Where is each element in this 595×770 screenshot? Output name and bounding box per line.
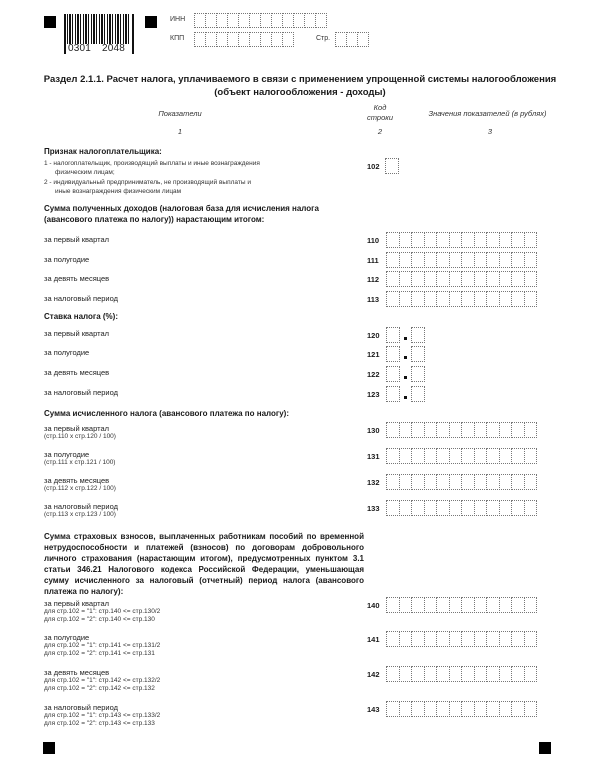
value-field-132[interactable] [386,474,536,490]
income-heading: Сумма полученных доходов (налоговая база… [44,203,319,225]
column-number-1: 1 [140,127,220,136]
input-cell[interactable] [449,597,463,613]
input-cell[interactable] [399,701,413,717]
input-cell[interactable] [499,666,513,682]
input-cell[interactable] [499,631,513,647]
decimal-point [404,396,407,399]
input-cell[interactable] [511,232,525,248]
input-cell[interactable] [524,271,538,287]
row-code-112: 112 [367,275,387,284]
input-cell[interactable] [461,500,475,516]
input-cell[interactable] [386,271,400,287]
input-cell[interactable] [499,271,513,287]
input-cell[interactable] [424,666,438,682]
input-cell[interactable] [511,422,525,438]
row-label: за полугодие [44,450,115,459]
barcode-number-right: 2048 [102,43,125,54]
value-field-140[interactable] [386,597,536,613]
income-row-label: за девять месяцев [44,274,109,283]
input-cell[interactable] [511,448,525,464]
row-code-120: 120 [367,331,387,340]
input-cell[interactable] [486,232,500,248]
input-cell[interactable] [436,474,450,490]
input-cell[interactable] [474,448,488,464]
input-cell[interactable] [399,666,413,682]
input-cell[interactable] [411,448,425,464]
input-cell[interactable] [386,701,400,717]
input-cell[interactable] [474,474,488,490]
input-cell[interactable] [436,666,450,682]
input-cell[interactable] [385,158,399,174]
input-cell[interactable] [486,631,500,647]
input-cell[interactable] [399,271,413,287]
row-code-111: 111 [367,256,387,265]
input-cell[interactable] [436,631,450,647]
input-cell[interactable] [499,448,513,464]
input-cell[interactable] [524,232,538,248]
input-cell[interactable] [449,631,463,647]
input-cell[interactable] [411,597,425,613]
input-cell[interactable] [411,500,425,516]
input-cell[interactable] [411,252,425,268]
input-cell[interactable] [461,232,475,248]
input-cell[interactable] [399,252,413,268]
input-cell[interactable] [411,291,425,307]
input-cell[interactable] [424,252,438,268]
input-cell[interactable] [411,346,425,362]
input-cell[interactable] [486,271,500,287]
value-field-111[interactable] [386,252,536,268]
rate-integer-field-122[interactable] [386,366,399,382]
input-cell[interactable] [424,500,438,516]
input-cell[interactable] [399,448,413,464]
option-2-text-line1: индивидуальный предприниматель, не произ… [53,179,251,186]
input-cell[interactable] [386,474,400,490]
input-cell[interactable] [424,291,438,307]
input-cell[interactable] [461,252,475,268]
row-code-130: 130 [367,426,387,435]
value-field-143[interactable] [386,701,536,717]
kpp-field[interactable] [194,32,293,47]
input-cell[interactable] [524,422,538,438]
value-field-130[interactable] [386,422,536,438]
row-label: за первый квартал [44,424,116,433]
input-cell[interactable] [386,232,400,248]
row-label: за налоговый период [44,703,160,712]
row-label: за налоговый период [44,502,118,511]
row-code-122: 122 [367,370,387,379]
column-header-indicators: Показатели [120,109,240,118]
input-cell[interactable] [474,666,488,682]
input-cell[interactable] [436,232,450,248]
input-cell[interactable] [461,448,475,464]
income-heading-line2: (авансового платежа по налогу)) нарастаю… [44,215,264,224]
input-cell[interactable] [436,252,450,268]
input-cell[interactable] [411,327,425,343]
input-cell[interactable] [486,597,500,613]
input-cell[interactable] [449,271,463,287]
input-cell[interactable] [449,252,463,268]
input-cell[interactable] [386,346,400,362]
input-cell[interactable] [386,291,400,307]
input-cell[interactable] [424,271,438,287]
input-cell[interactable] [386,597,400,613]
income-heading-line1: Сумма полученных доходов (налоговая база… [44,204,319,213]
input-cell[interactable] [411,666,425,682]
inn-label: ИНН [170,16,185,23]
inn-field[interactable] [194,13,326,28]
input-cell[interactable] [524,666,538,682]
rate-decimal-field-120[interactable] [411,327,424,343]
input-cell[interactable] [386,386,400,402]
input-cell[interactable] [436,422,450,438]
input-cell[interactable] [424,448,438,464]
input-cell[interactable] [511,291,525,307]
insurance-row-label: за первый кварталдля стр.102 = "1": стр.… [44,599,160,624]
input-cell[interactable] [424,631,438,647]
input-cell[interactable] [486,500,500,516]
input-cell[interactable] [486,422,500,438]
row-formula: (стр.113 х стр.123 / 100) [44,511,118,519]
rate-integer-field-123[interactable] [386,386,399,402]
rate-integer-field-120[interactable] [386,327,399,343]
input-cell[interactable] [436,597,450,613]
input-cell[interactable] [511,474,525,490]
row-condition-2: для стр.102 = "2": стр.141 <= стр.131 [44,650,160,658]
input-cell[interactable] [449,232,463,248]
input-cell[interactable] [449,666,463,682]
rate-heading: Ставка налога (%): [44,311,118,322]
input-cell[interactable] [474,232,488,248]
input-cell[interactable] [449,701,463,717]
input-cell[interactable] [511,631,525,647]
input-cell[interactable] [461,291,475,307]
value-field-112[interactable] [386,271,536,287]
input-cell[interactable] [499,422,513,438]
rate-decimal-field-121[interactable] [411,346,424,362]
row-code-123: 123 [367,390,387,399]
calculated-heading: Сумма исчисленного налога (авансового пл… [44,408,289,419]
kpp-label: КПП [170,35,184,42]
input-cell[interactable] [499,291,513,307]
registration-marker-top-mid [145,16,157,28]
row-code-102: 102 [367,162,387,171]
input-cell[interactable] [424,701,438,717]
option-1-text-line2: физическим лицам; [44,169,115,176]
input-cell[interactable] [474,631,488,647]
input-cell[interactable] [499,252,513,268]
input-cell[interactable] [474,291,488,307]
page-label: Стр. [316,35,330,42]
input-cell[interactable] [411,701,425,717]
input-cell[interactable] [486,474,500,490]
input-cell[interactable] [449,422,463,438]
input-cell[interactable] [411,271,425,287]
input-cell[interactable] [486,252,500,268]
column-header-values: Значения показателей (в рублях) [405,109,570,118]
row-code-140: 140 [367,601,387,610]
input-cell[interactable] [461,271,475,287]
input-cell[interactable] [486,701,500,717]
input-cell[interactable] [411,366,425,382]
row-condition-1: для стр.102 = "1": стр.143 <= стр.133/2 [44,712,160,720]
input-cell[interactable] [474,252,488,268]
input-cell[interactable] [524,291,538,307]
option-1-text-line1: налогоплательщик, производящий выплаты и… [53,160,260,167]
input-cell[interactable] [461,422,475,438]
option-2-text-line2: иные вознаграждения физическим лицам [44,188,181,195]
input-cell[interactable] [386,366,400,382]
income-row-label: за налоговый период [44,294,118,303]
row-label: за девять месяцев [44,668,160,677]
option-2-number: 2 - [44,179,52,186]
input-cell[interactable] [499,500,513,516]
input-cell[interactable] [499,701,513,717]
input-cell[interactable] [461,474,475,490]
decimal-point [404,356,407,359]
input-cell[interactable] [399,500,413,516]
input-cell[interactable] [436,271,450,287]
input-cell[interactable] [386,252,400,268]
calculated-row-label: за налоговый период(стр.113 х стр.123 / … [44,502,118,519]
input-cell[interactable] [424,597,438,613]
input-cell[interactable] [511,666,525,682]
input-cell[interactable] [436,701,450,717]
input-cell[interactable] [436,291,450,307]
input-cell[interactable] [474,422,488,438]
input-cell[interactable] [461,631,475,647]
input-cell[interactable] [524,500,538,516]
input-cell[interactable] [399,422,413,438]
value-field-113[interactable] [386,291,536,307]
input-cell[interactable] [499,232,513,248]
income-row-label: за первый квартал [44,235,109,244]
row-formula: (стр.110 х стр.120 / 100) [44,433,116,441]
column-header-code-line2: строки [350,113,410,122]
row-condition-2: для стр.102 = "2": стр.143 <= стр.133 [44,720,160,728]
page-number-field[interactable] [335,32,368,47]
input-cell[interactable] [386,448,400,464]
input-cell[interactable] [411,386,425,402]
column-header-code-line1: Код [350,103,410,112]
input-cell[interactable] [282,32,294,47]
taxpayer-sign-heading: Признак налогоплательщика: [44,146,162,157]
input-cell[interactable] [474,701,488,717]
insurance-row-label: за полугодиедля стр.102 = "1": стр.141 <… [44,633,160,658]
taxpayer-sign-input[interactable] [385,158,398,174]
insurance-row-label: за девять месяцевдля стр.102 = "1": стр.… [44,668,160,693]
input-cell[interactable] [386,631,400,647]
decimal-point [404,337,407,340]
input-cell[interactable] [411,631,425,647]
option-1-number: 1 - [44,160,52,167]
row-code-110: 110 [367,236,387,245]
calculated-row-label: за девять месяцев(стр.112 х стр.122 / 10… [44,476,116,493]
input-cell[interactable] [461,701,475,717]
taxpayer-option-1: 1 - налогоплательщик, производящий выпла… [44,159,260,177]
input-cell[interactable] [474,597,488,613]
registration-marker-bottom-left [43,742,55,754]
input-cell[interactable] [399,291,413,307]
row-condition-1: для стр.102 = "1": стр.142 <= стр.132/2 [44,677,160,685]
barcode-number-left: 0301 [68,43,91,54]
input-cell[interactable] [411,474,425,490]
income-row-label: за полугодие [44,255,89,264]
input-cell[interactable] [486,666,500,682]
input-cell[interactable] [399,474,413,490]
input-cell[interactable] [511,252,525,268]
row-formula: (стр.112 х стр.122 / 100) [44,485,116,493]
input-cell[interactable] [399,232,413,248]
calculated-row-label: за первый квартал(стр.110 х стр.120 / 10… [44,424,116,441]
section-subtitle: (объект налогообложения - доходы) [30,87,570,98]
rate-row-label: за налоговый период [44,388,118,397]
input-cell[interactable] [449,448,463,464]
insurance-heading: Сумма страховых взносов, выплаченных раб… [44,531,364,597]
input-cell[interactable] [524,448,538,464]
column-number-3: 3 [450,127,530,136]
input-cell[interactable] [424,232,438,248]
input-cell[interactable] [436,500,450,516]
row-code-132: 132 [367,478,387,487]
decimal-point [404,376,407,379]
row-label: за полугодие [44,633,160,642]
row-code-142: 142 [367,670,387,679]
input-cell[interactable] [386,500,400,516]
section-title: Раздел 2.1.1. Расчет налога, уплачиваемо… [30,74,570,85]
insurance-row-label: за налоговый периоддля стр.102 = "1": ст… [44,703,160,728]
input-cell[interactable] [315,13,327,28]
input-cell[interactable] [386,327,400,343]
rate-decimal-field-122[interactable] [411,366,424,382]
row-condition-1: для стр.102 = "1": стр.140 <= стр.130/2 [44,608,160,616]
input-cell[interactable] [524,597,538,613]
rate-row-label: за первый квартал [44,329,109,338]
row-label: за девять месяцев [44,476,116,485]
row-condition-2: для стр.102 = "2": стр.142 <= стр.132 [44,685,160,693]
barcode: 0301 2048 [64,14,134,54]
input-cell[interactable] [511,500,525,516]
input-cell[interactable] [486,291,500,307]
input-cell[interactable] [436,448,450,464]
value-field-133[interactable] [386,500,536,516]
input-cell[interactable] [499,474,513,490]
input-cell[interactable] [399,597,413,613]
row-code-143: 143 [367,705,387,714]
input-cell[interactable] [511,701,525,717]
input-cell[interactable] [499,597,513,613]
rate-integer-field-121[interactable] [386,346,399,362]
rate-row-label: за девять месяцев [44,368,109,377]
row-code-131: 131 [367,452,387,461]
registration-marker-bottom-right [539,742,551,754]
row-label: за первый квартал [44,599,160,608]
input-cell[interactable] [524,701,538,717]
row-code-113: 113 [367,295,387,304]
row-code-133: 133 [367,504,387,513]
input-cell[interactable] [424,422,438,438]
input-cell[interactable] [486,448,500,464]
row-condition-1: для стр.102 = "1": стр.141 <= стр.131/2 [44,642,160,650]
input-cell[interactable] [386,422,400,438]
input-cell[interactable] [449,500,463,516]
rate-decimal-field-123[interactable] [411,386,424,402]
input-cell[interactable] [474,271,488,287]
input-cell[interactable] [524,252,538,268]
input-cell[interactable] [511,597,525,613]
value-field-131[interactable] [386,448,536,464]
input-cell[interactable] [449,474,463,490]
calculated-row-label: за полугодие(стр.111 х стр.121 / 100) [44,450,115,467]
input-cell[interactable] [524,474,538,490]
input-cell[interactable] [449,291,463,307]
input-cell[interactable] [474,500,488,516]
input-cell[interactable] [511,271,525,287]
input-cell[interactable] [357,32,369,47]
rate-row-label: за полугодие [44,348,89,357]
input-cell[interactable] [461,597,475,613]
row-formula: (стр.111 х стр.121 / 100) [44,459,115,467]
input-cell[interactable] [524,631,538,647]
input-cell[interactable] [399,631,413,647]
input-cell[interactable] [424,474,438,490]
row-condition-2: для стр.102 = "2": стр.140 <= стр.130 [44,616,160,624]
row-code-121: 121 [367,350,387,359]
registration-marker-top-left [44,16,56,28]
value-field-110[interactable] [386,232,536,248]
input-cell[interactable] [461,666,475,682]
value-field-141[interactable] [386,631,536,647]
input-cell[interactable] [411,422,425,438]
row-code-141: 141 [367,635,387,644]
input-cell[interactable] [411,232,425,248]
taxpayer-option-2: 2 - индивидуальный предприниматель, не п… [44,178,251,196]
input-cell[interactable] [386,666,400,682]
value-field-142[interactable] [386,666,536,682]
column-number-2: 2 [350,127,410,136]
